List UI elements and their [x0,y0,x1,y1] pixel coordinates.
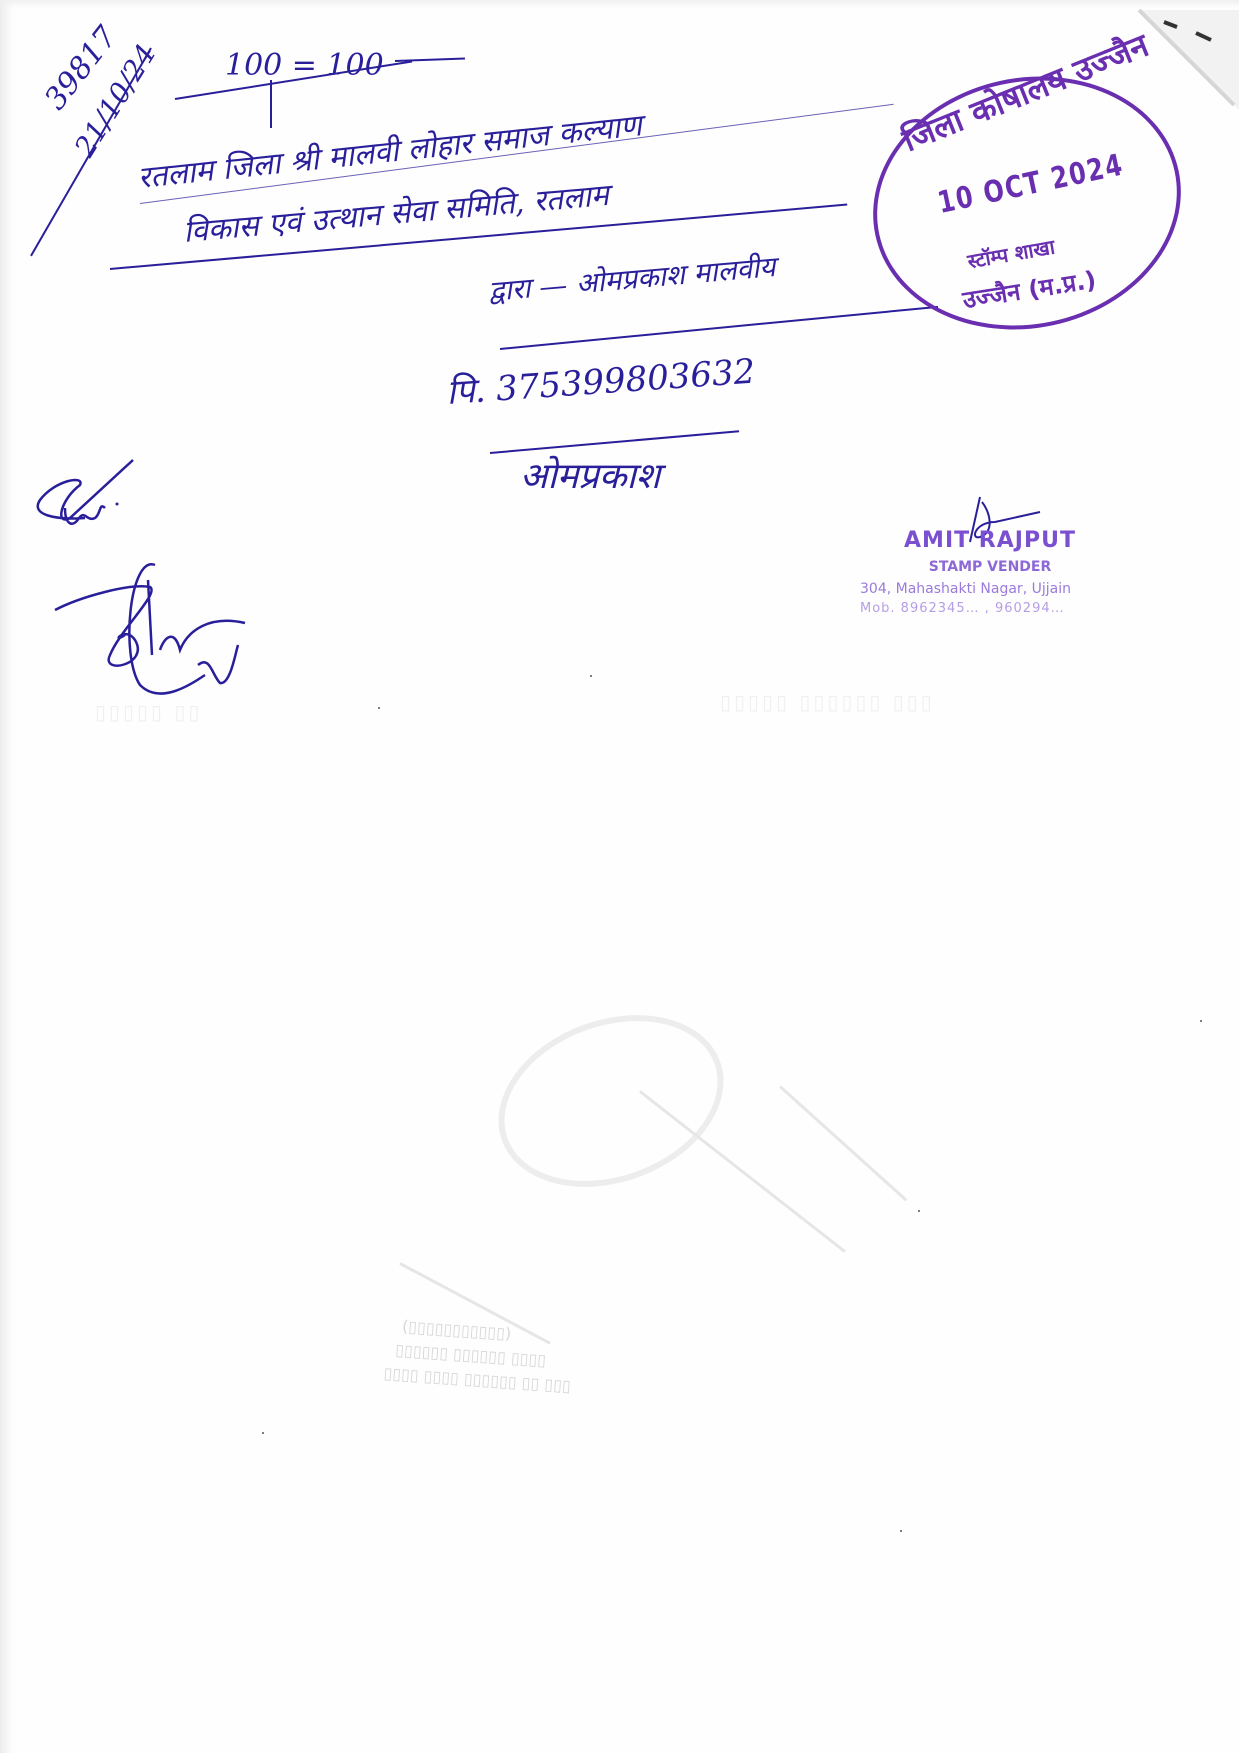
vendor-address: 304, Mahashakti Nagar, Ujjain [860,581,1120,597]
purchaser-signature: ओमप्रकाश [520,450,660,499]
scan-edge-shadow-top [0,0,1239,8]
amount-tail-line [395,58,465,62]
initials-signature: Ravi [15,430,155,534]
bleed-through-signature-block: (▯▯▯▯▯▯▯▯▯▯▯) ▯▯▯▯▯▯ ▯▯▯▯▯▯ ▯▯▯▯ ▯▯▯▯ ▯▯… [383,1314,575,1399]
vendor-name: AMIT RAJPUT [860,528,1120,553]
bleed-through-seal [474,985,747,1217]
vendor-mobile: Mob. 8962345… , 960294… [860,601,1120,616]
bleed-through-text: ▯▯▯▯▯ ▯▯ [95,700,202,724]
purchaser-line-3: द्वारा — ओमप्रकाश मालवीय [487,247,777,310]
scan-edge-shadow [0,0,14,1753]
treasury-seal: जिला कोषालय उज्जैन 10 OCT 2024 स्टॉम्प श… [872,78,1182,328]
bleed-through-text: ▯▯▯▯▯ ▯▯▯▯▯▯ ▯▯▯ [720,690,935,714]
left-signature [40,535,270,709]
scanned-page: 39817 21/10/24 100 = 100 रतलाम जिला श्री… [0,0,1239,1753]
bleed-through-stroke [639,1090,846,1252]
purchaser-id-number: पि. 375399803632 [445,347,757,414]
vendor-role: STAMP VENDER [860,559,1120,575]
stamp-vendor-seal: AMIT RAJPUT STAMP VENDER 304, Mahashakti… [860,528,1120,616]
amount-tick [270,80,272,128]
bleed-through-stroke [779,1085,907,1201]
